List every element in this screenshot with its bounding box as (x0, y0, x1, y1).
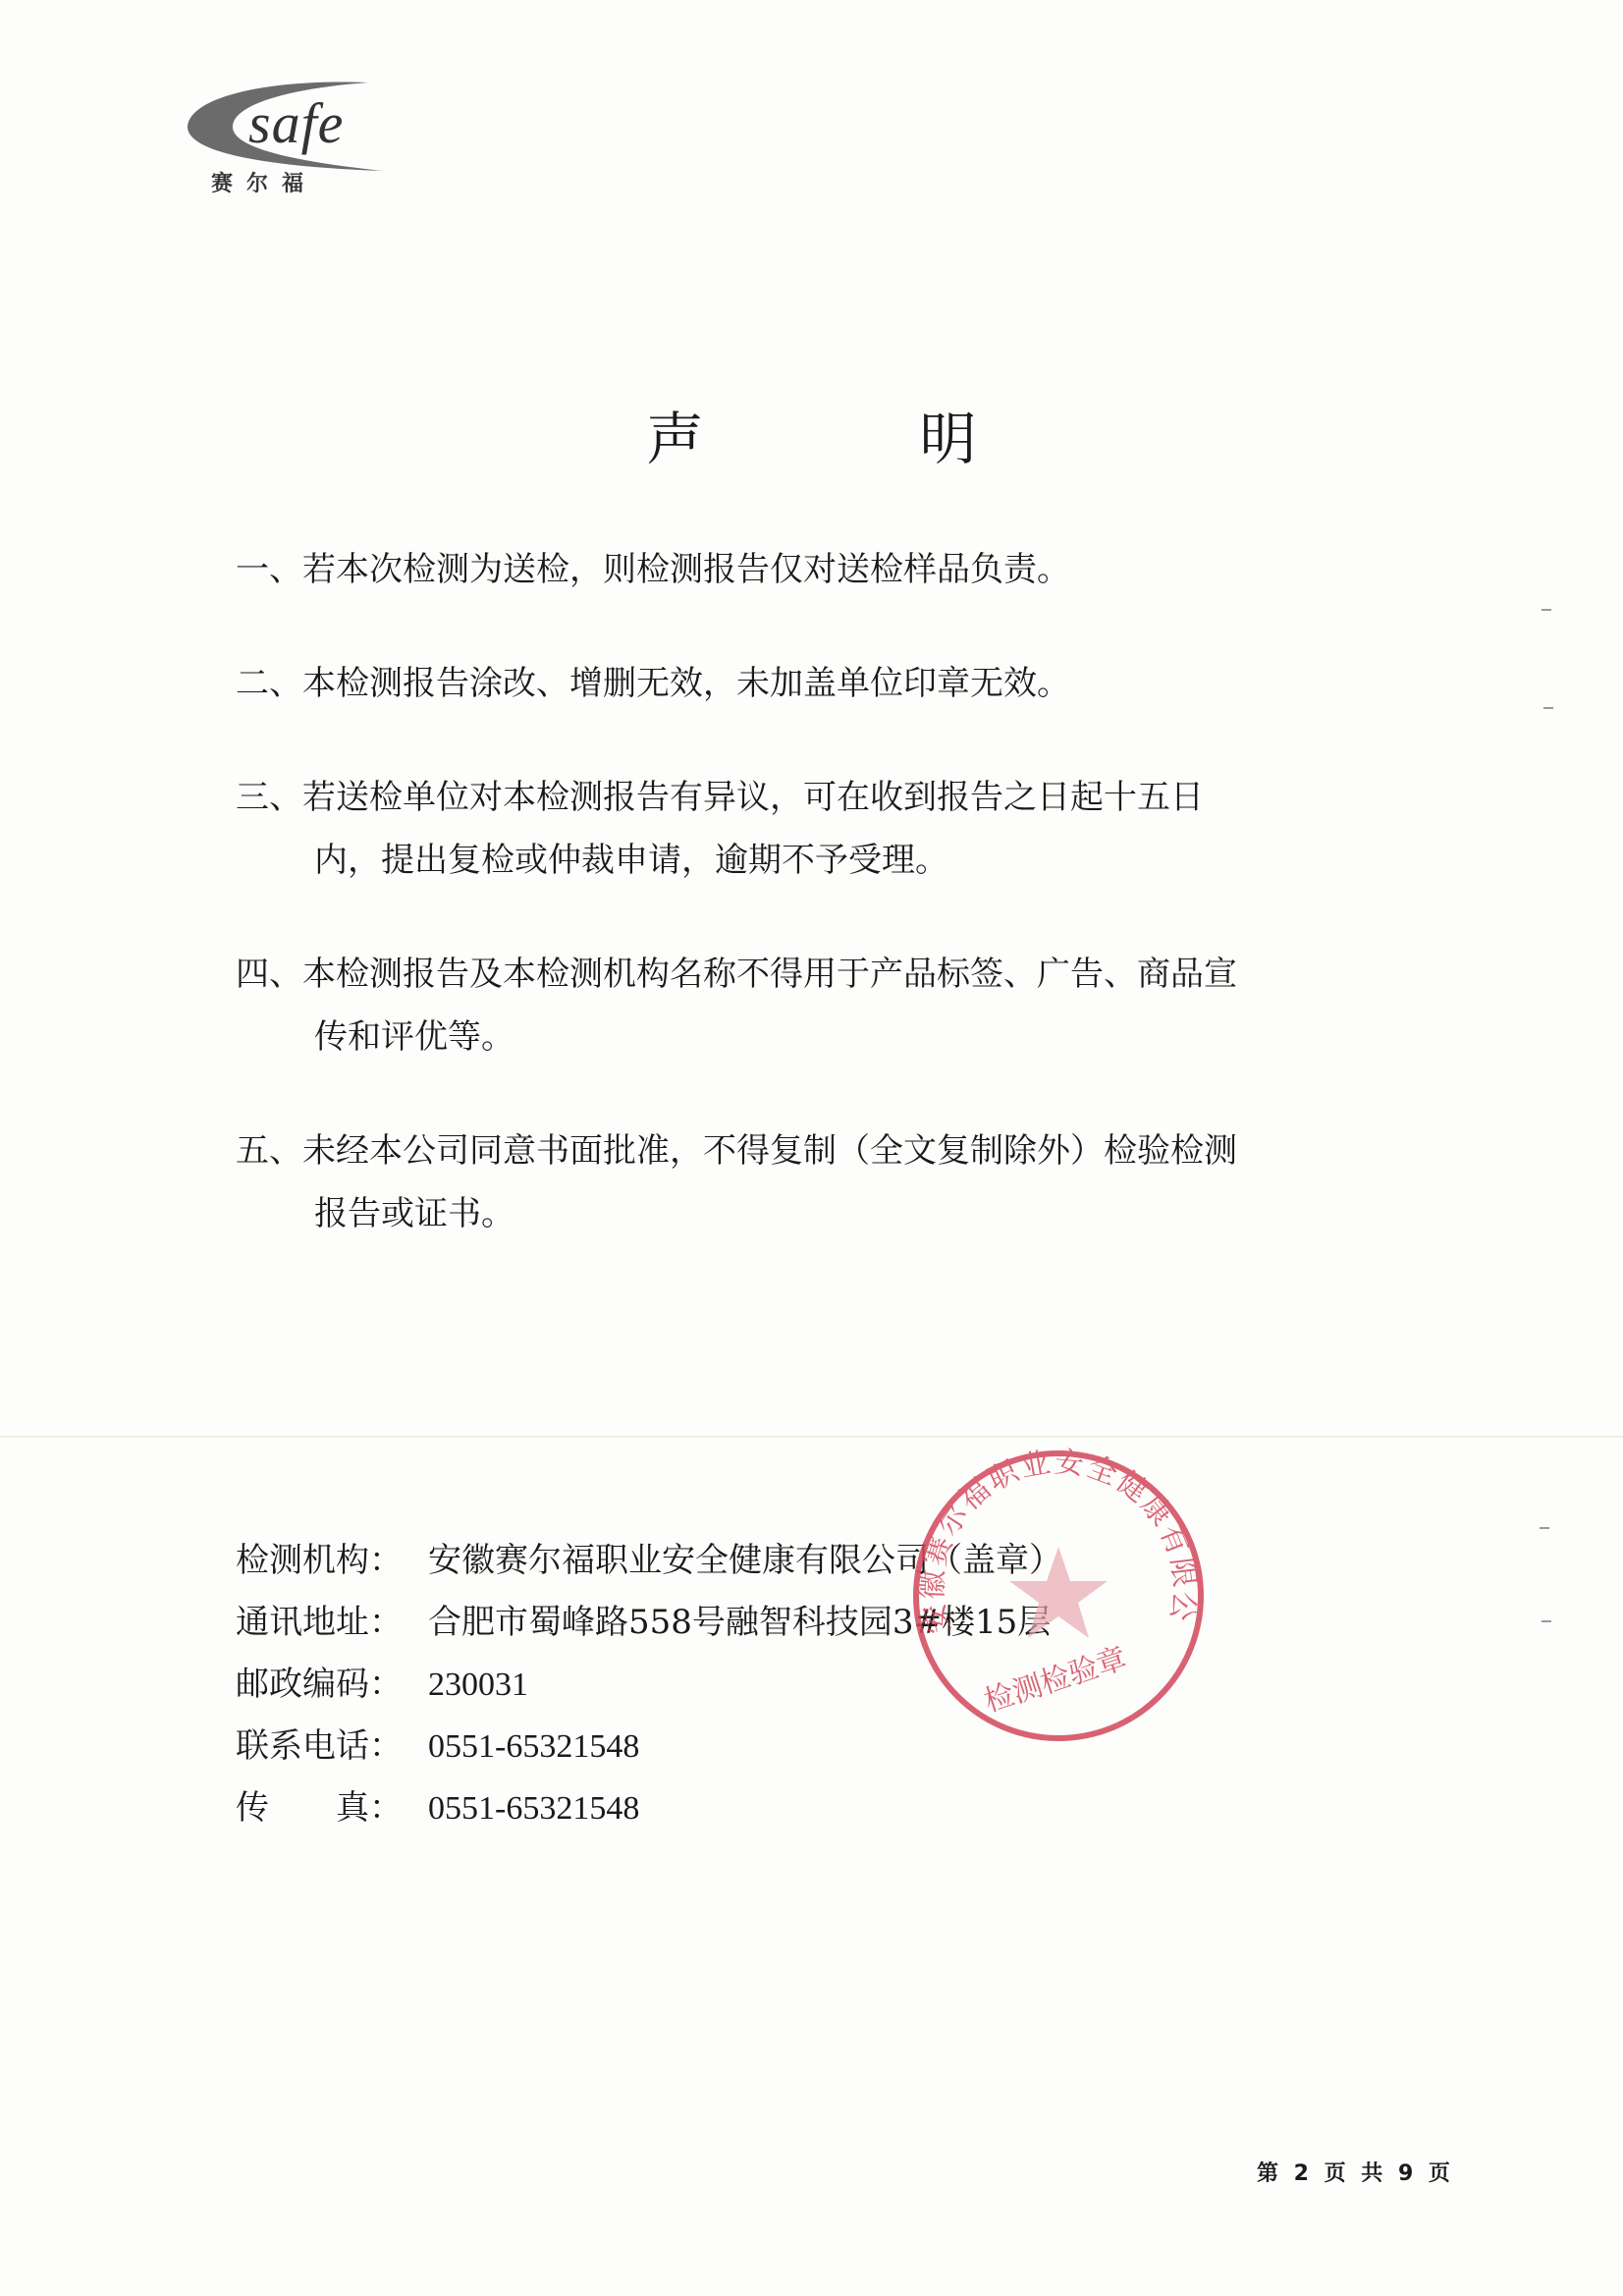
clause-2: 二、本检测报告涂改、增删无效，未加盖单位印章无效。 (236, 652, 1394, 715)
title-char-2: 明 (920, 393, 977, 475)
scan-mark (1542, 609, 1551, 611)
clause-3: 三、若送检单位对本检测报告有异议，可在收到报告之日起十五日 内，提出复检或仲裁申… (236, 766, 1394, 892)
clause-text: 未经本公司同意书面批准，不得复制（全文复制除外）检验检测 (302, 1131, 1237, 1171)
clause-text-continued: 内，提出复检或仲裁申请，逾期不予受理。 (236, 829, 1394, 892)
title-char-1: 声 (646, 393, 703, 475)
clause-text-continued: 传和评优等。 (236, 1006, 1394, 1068)
logo-wordmark: safe (248, 90, 344, 156)
contact-value: 230031 (428, 1667, 528, 1703)
contact-value: 0551-65321548 (428, 1728, 639, 1765)
contact-row-fax: 传 真：0551-65321548 (236, 1777, 1062, 1839)
contact-label: 邮政编码： (236, 1654, 428, 1716)
page-title: 声明 (0, 393, 1623, 475)
scan-mark (1543, 707, 1553, 709)
declaration-clauses: 一、若本次检测为送检，则检测报告仅对送检样品负责。 二、本检测报告涂改、增删无效… (236, 538, 1394, 1296)
clause-5: 五、未经本公司同意书面批准，不得复制（全文复制除外）检验检测 报告或证书。 (236, 1120, 1394, 1245)
clause-text: 若送检单位对本检测报告有异议，可在收到报告之日起十五日 (302, 778, 1204, 817)
scan-mark (1540, 1527, 1549, 1529)
clause-text-continued: 报告或证书。 (236, 1182, 1394, 1245)
clause-text: 若本次检测为送检，则检测报告仅对送检样品负责。 (302, 550, 1070, 589)
contact-label: 传 真： (236, 1777, 428, 1839)
company-seal-icon: 安徽赛尔福职业安全健康有限公司 检测检验章 (901, 1444, 1216, 1748)
page-fold-line (0, 1436, 1623, 1438)
contact-label: 检测机构： (236, 1530, 428, 1592)
clause-number: 一、 (236, 550, 302, 589)
clause-4: 四、本检测报告及本检测机构名称不得用于产品标签、广告、商品宣 传和评优等。 (236, 943, 1394, 1068)
clause-text: 本检测报告涂改、增删无效，未加盖单位印章无效。 (302, 664, 1070, 703)
clause-number: 四、 (236, 955, 302, 994)
clause-1: 一、若本次检测为送检，则检测报告仅对送检样品负责。 (236, 538, 1394, 601)
clause-number: 二、 (236, 664, 302, 703)
page-number: 第 2 页 共 9 页 (1257, 2157, 1454, 2187)
clause-number: 五、 (236, 1131, 302, 1171)
clause-text: 本检测报告及本检测机构名称不得用于产品标签、广告、商品宣 (302, 955, 1237, 994)
seal-inner-text: 检测检验章 (980, 1641, 1130, 1720)
company-logo: safe 赛尔福 (182, 77, 388, 204)
scan-mark (1542, 1620, 1551, 1622)
contact-label: 通讯地址： (236, 1592, 428, 1654)
logo-chinese-name: 赛尔福 (211, 167, 317, 197)
contact-label: 联系电话： (236, 1716, 428, 1777)
contact-value: 0551-65321548 (428, 1790, 639, 1827)
clause-number: 三、 (236, 778, 302, 817)
